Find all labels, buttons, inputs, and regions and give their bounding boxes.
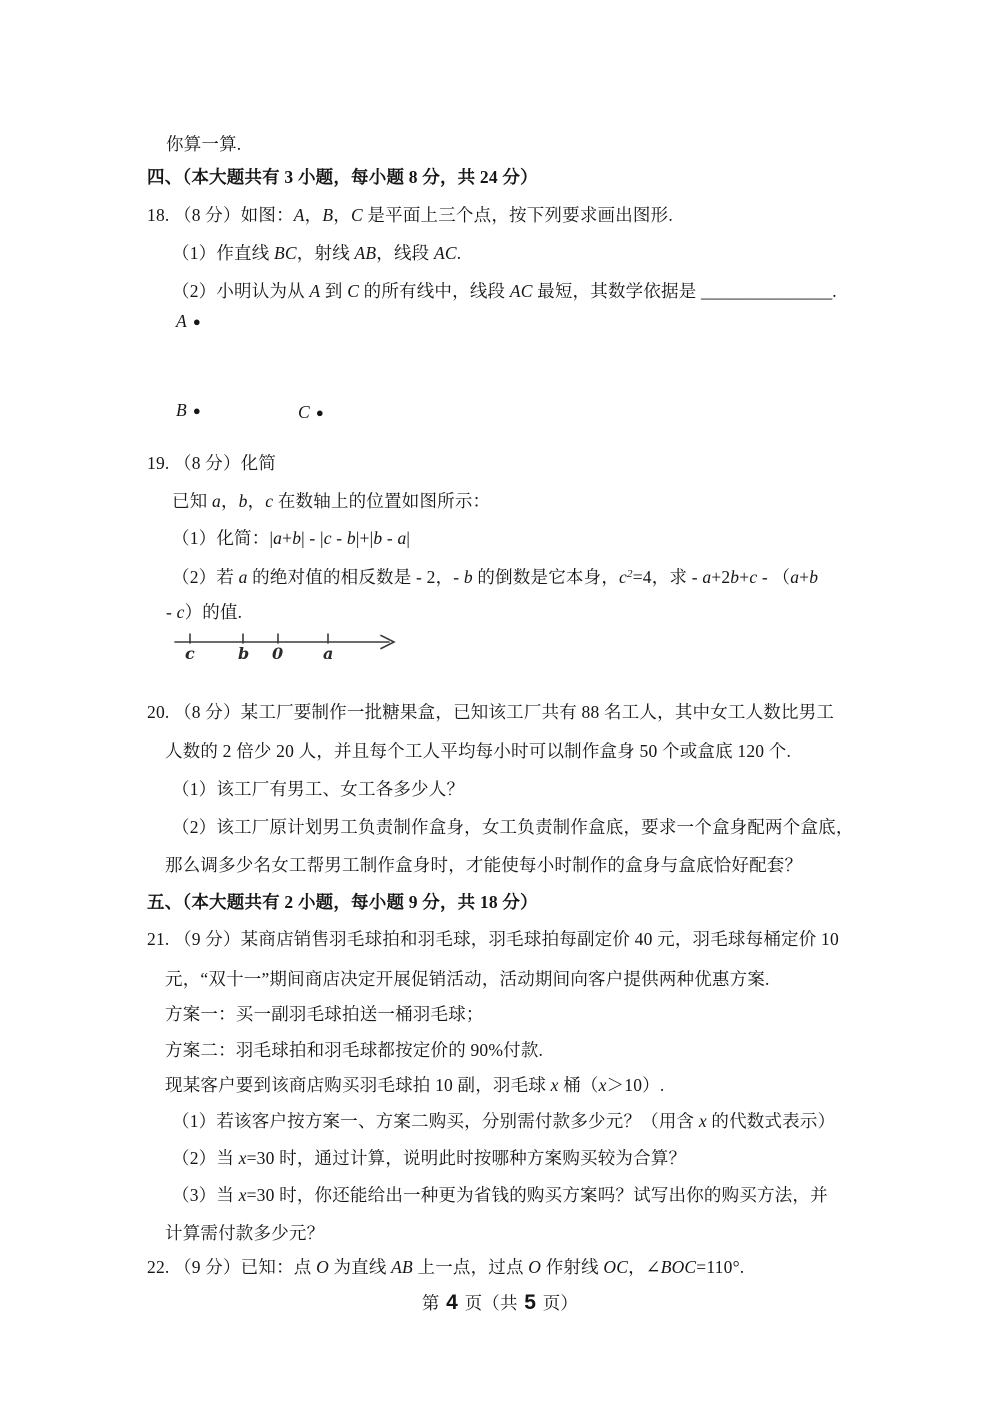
q18-point-A: A● <box>176 310 201 333</box>
q21-part2-run: （2）当 <box>172 1148 239 1168</box>
q18-part1-run: AB <box>354 243 376 263</box>
q19-part2: （2）若 a 的绝对值的相反数是 - 2，- b 的倒数是它本身，c2=4，求 … <box>172 563 818 588</box>
q21-intro-run: 21. （9 分）某商店销售羽毛球拍和羽毛球，羽毛球拍每副定价 40 元，羽毛球… <box>147 929 839 949</box>
point-dot-icon: ● <box>187 314 201 329</box>
q19-part1-run: | <box>406 528 410 548</box>
q19-part1: （1）化简：|a+b| - |c - b|+|b - a| <box>172 527 410 549</box>
q22-intro-run: =110°. <box>696 1257 744 1277</box>
number-line-label-a: a <box>323 644 333 663</box>
q18-part1-run: ，线段 <box>376 243 434 263</box>
q18-part2-run: （2）小明认为从 <box>172 281 309 301</box>
q21-condition-run: x <box>551 1075 559 1095</box>
q19-part1-run: - <box>332 528 347 548</box>
q21-condition-run: 现某客户要到该商店购买羽毛球拍 10 副，羽毛球 <box>165 1075 551 1095</box>
q21-part1-run: 的代数式表示） <box>707 1111 835 1131</box>
page-footer: 第 4 页（共 5 页） <box>0 1292 1000 1314</box>
q18-intro-run: ， <box>333 205 351 225</box>
q21-intro: 21. （9 分）某商店销售羽毛球拍和羽毛球，羽毛球拍每副定价 40 元，羽毛球… <box>147 928 839 950</box>
q19-part2-run: c <box>619 567 627 587</box>
intro-line: 你算一算. <box>166 133 241 155</box>
section-4-heading-run: 四、（本大题共有 3 小题，每小题 8 分，共 24 分） <box>147 167 538 187</box>
q19-part1-run: b <box>292 528 301 548</box>
q20-intro-run: 20. （8 分）某工厂要制作一批糖果盒，已知该工厂共有 88 名工人，其中女工… <box>147 702 834 722</box>
q22-intro-run: ，∠ <box>628 1257 661 1277</box>
q22-intro-run: BOC <box>661 1257 697 1277</box>
q18-part1-run: （1）作直线 <box>172 243 274 263</box>
section-4-heading: 四、（本大题共有 3 小题，每小题 8 分，共 24 分） <box>147 166 538 188</box>
q21-part3-cont: 计算需付款多少元？ <box>165 1222 324 1244</box>
q19-part2-cont-run: c <box>177 602 185 622</box>
q19-part2-run: 的绝对值的相反数是 - 2，- <box>248 567 464 587</box>
q19-part2-run: + <box>739 567 749 587</box>
section-5-heading-run: 五、（本大题共有 2 小题，每小题 9 分，共 18 分） <box>147 892 538 912</box>
q18-intro-run: A <box>294 205 305 225</box>
q19-given-run: 在数轴上的位置如图所示： <box>273 491 490 511</box>
q19-given: 已知 a，b，c 在数轴上的位置如图所示： <box>172 490 490 512</box>
q21-intro-cont: 元，“双十一”期间商店决定开展促销活动，活动期间向客户提供两种优惠方案. <box>165 968 770 990</box>
q19-intro-run: 19. （8 分）化简 <box>147 453 276 473</box>
q19-part2-run: +2 <box>711 567 730 587</box>
q18-part2-run: A <box>309 281 320 301</box>
q19-part2-run: + <box>799 567 809 587</box>
point-dot-icon: ● <box>187 403 201 418</box>
q18-intro-run: ， <box>305 205 323 225</box>
q19-part2-run: =4，求 - <box>633 567 703 587</box>
section-5-heading: 五、（本大题共有 2 小题，每小题 9 分，共 18 分） <box>147 891 538 913</box>
q21-plan1-run: 方案一：买一副羽毛球拍送一桶羽毛球； <box>165 1004 484 1024</box>
q21-condition-run: ＞10）. <box>607 1075 665 1095</box>
q19-part2-run: a <box>239 567 248 587</box>
q21-part2-run: =30 时，通过计算，说明此时按哪种方案购买较为合算？ <box>247 1148 687 1168</box>
q22-intro-run: 为直线 <box>329 1257 391 1277</box>
q22-intro-run: O <box>316 1257 329 1277</box>
q18-part2: （2）小明认为从 A 到 C 的所有线中，线段 AC 最短，其数学依据是 ___… <box>172 280 837 302</box>
number-line-figure: c b 0 a <box>168 628 408 673</box>
q19-part1-run: （1）化简：| <box>172 528 273 548</box>
q19-part2-run: b <box>809 567 818 587</box>
q21-plan2: 方案二：羽毛球拍和羽毛球都按定价的 90%付款. <box>165 1039 543 1061</box>
q22-intro-run: OC <box>603 1257 628 1277</box>
q19-part1-run: c <box>324 528 332 548</box>
q18-part1-run: BC <box>274 243 297 263</box>
q19-given-run: a <box>212 491 221 511</box>
q21-plan2-run: 方案二：羽毛球拍和羽毛球都按定价的 90%付款. <box>165 1040 543 1060</box>
q19-part2-run: a <box>790 567 799 587</box>
q18-intro-run: 是平面上三个点，按下列要求画出图形. <box>363 205 673 225</box>
q20-part2-cont-run: 那么调多少名女工帮男工制作盒身时，才能使每小时制作的盒身与盒底恰好配套？ <box>165 855 802 875</box>
page-footer-run: 页（共 <box>460 1293 522 1313</box>
q18-part2-run: 到 <box>320 281 347 301</box>
q18-part2-run: C <box>347 281 359 301</box>
number-line-label-c: c <box>185 644 195 663</box>
q20-part2-run: （2）该工厂原计划男工负责制作盒身，女工负责制作盒底，要求一个盒身配两个盒底， <box>172 817 854 837</box>
q22-intro-run: 作射线 <box>541 1257 603 1277</box>
q19-part1-run: + <box>282 528 292 548</box>
q19-given-run: ， <box>221 491 239 511</box>
q19-part1-run: - <box>382 528 397 548</box>
q21-part2-run: x <box>239 1148 247 1168</box>
q18-part1-run: ，射线 <box>297 243 355 263</box>
q18-part1: （1）作直线 BC，射线 AB，线段 AC. <box>172 242 461 264</box>
q19-part2-cont-run: ）的值. <box>185 602 243 622</box>
q18-point-A-run: A <box>176 311 187 331</box>
q19-part2-cont: - c）的值. <box>166 601 242 623</box>
number-line-axis <box>168 628 408 673</box>
q18-part2-run: 最短，其数学依据是 <box>533 281 701 301</box>
q19-part1-run: a <box>273 528 282 548</box>
q21-plan1: 方案一：买一副羽毛球拍送一桶羽毛球； <box>165 1003 484 1025</box>
number-line-label-zero: 0 <box>272 644 283 663</box>
q21-part1-run: （1）若该客户按方案一、方案二购买，分别需付款多少元？（用含 <box>172 1111 699 1131</box>
q21-condition: 现某客户要到该商店购买羽毛球拍 10 副，羽毛球 x 桶（x＞10）. <box>165 1074 664 1096</box>
q20-intro-cont-run: 人数的 2 倍少 20 人，并且每个工人平均每小时可以制作盒身 50 个或盒底 … <box>165 741 791 761</box>
q22-intro-run: 22. （9 分）已知：点 <box>147 1257 316 1277</box>
q18-part1-run: . <box>457 243 462 263</box>
q21-part3-run: （3）当 <box>172 1185 239 1205</box>
q18-point-C: C● <box>298 401 324 424</box>
q19-given-run: b <box>239 491 248 511</box>
q22-intro-run: O <box>528 1257 541 1277</box>
q21-condition-run: x <box>599 1075 607 1095</box>
q20-part2-cont: 那么调多少名女工帮男工制作盒身时，才能使每小时制作的盒身与盒底恰好配套？ <box>165 854 802 876</box>
q19-part2-run: （2）若 <box>172 567 239 587</box>
q21-part1: （1）若该客户按方案一、方案二购买，分别需付款多少元？（用含 x 的代数式表示） <box>172 1110 835 1132</box>
q18-intro-run: 18. （8 分）如图： <box>147 205 294 225</box>
q21-part3-run: =30 时，你还能给出一种更为省钱的购买方案吗？试写出你的购买方法，并 <box>247 1185 828 1205</box>
q18-part2-run: 的所有线中，线段 <box>359 281 510 301</box>
q18-part2-run: . <box>832 281 837 301</box>
number-line-label-b: b <box>238 644 249 663</box>
q22-intro-run: 上一点，过点 <box>413 1257 528 1277</box>
q19-part2-run: - （ <box>757 567 790 587</box>
q19-part1-run: | - | <box>301 528 324 548</box>
q20-intro-cont: 人数的 2 倍少 20 人，并且每个工人平均每小时可以制作盒身 50 个或盒底 … <box>165 740 791 762</box>
q18-intro-run: C <box>351 205 363 225</box>
q19-part2-run: 的倒数是它本身， <box>473 567 619 587</box>
q19-part2-run: a <box>702 567 711 587</box>
q21-part2: （2）当 x=30 时，通过计算，说明此时按哪种方案购买较为合算？ <box>172 1147 686 1169</box>
page-footer-run: 5 <box>522 1291 538 1314</box>
q22-intro: 22. （9 分）已知：点 O 为直线 AB 上一点，过点 O 作射线 OC，∠… <box>147 1256 744 1278</box>
q18-part2-run: AC <box>510 281 533 301</box>
page-footer-run: 页） <box>538 1293 578 1313</box>
q18-intro-run: B <box>322 205 333 225</box>
q20-part2: （2）该工厂原计划男工负责制作盒身，女工负责制作盒底，要求一个盒身配两个盒底， <box>172 816 854 838</box>
q19-part2-run: b <box>464 567 473 587</box>
intro-line-run: 你算一算. <box>166 134 241 154</box>
q19-part1-run: b <box>347 528 356 548</box>
q19-intro: 19. （8 分）化简 <box>147 452 276 474</box>
q21-part3-run: x <box>239 1185 247 1205</box>
exam-page: c b 0 a 你算一算.四、（本大题共有 3 小题，每小题 8 分，共 24 … <box>0 0 1000 1415</box>
q18-point-B: B● <box>176 399 201 422</box>
q20-intro: 20. （8 分）某工厂要制作一批糖果盒，已知该工厂共有 88 名工人，其中女工… <box>147 701 834 723</box>
q21-part3: （3）当 x=30 时，你还能给出一种更为省钱的购买方案吗？试写出你的购买方法，… <box>172 1184 828 1206</box>
q20-part1-run: （1）该工厂有男工、女工各多少人？ <box>172 779 464 799</box>
q19-part1-run: |+| <box>356 528 373 548</box>
q19-part1-run: b <box>373 528 382 548</box>
q19-part2-run: b <box>730 567 739 587</box>
q22-intro-run: AB <box>391 1257 413 1277</box>
q21-condition-run: 桶（ <box>559 1075 599 1095</box>
q19-given-run: ， <box>248 491 266 511</box>
q18-point-C-run: C <box>298 402 310 422</box>
q21-part1-run: x <box>699 1111 707 1131</box>
q21-part3-cont-run: 计算需付款多少元？ <box>165 1223 324 1243</box>
q18-part2-run: _______________ <box>701 281 832 301</box>
page-footer-run: 4 <box>444 1291 460 1314</box>
q20-part1: （1）该工厂有男工、女工各多少人？ <box>172 778 464 800</box>
q19-part2-cont-run: - <box>166 602 177 622</box>
q18-part1-run: AC <box>434 243 457 263</box>
q21-intro-cont-run: 元，“双十一”期间商店决定开展促销活动，活动期间向客户提供两种优惠方案. <box>165 969 770 989</box>
page-footer-run: 第 <box>422 1293 444 1313</box>
q19-given-run: 已知 <box>172 491 212 511</box>
q18-point-B-run: B <box>176 400 187 420</box>
q18-intro: 18. （8 分）如图：A，B，C 是平面上三个点，按下列要求画出图形. <box>147 204 673 226</box>
point-dot-icon: ● <box>310 405 324 420</box>
